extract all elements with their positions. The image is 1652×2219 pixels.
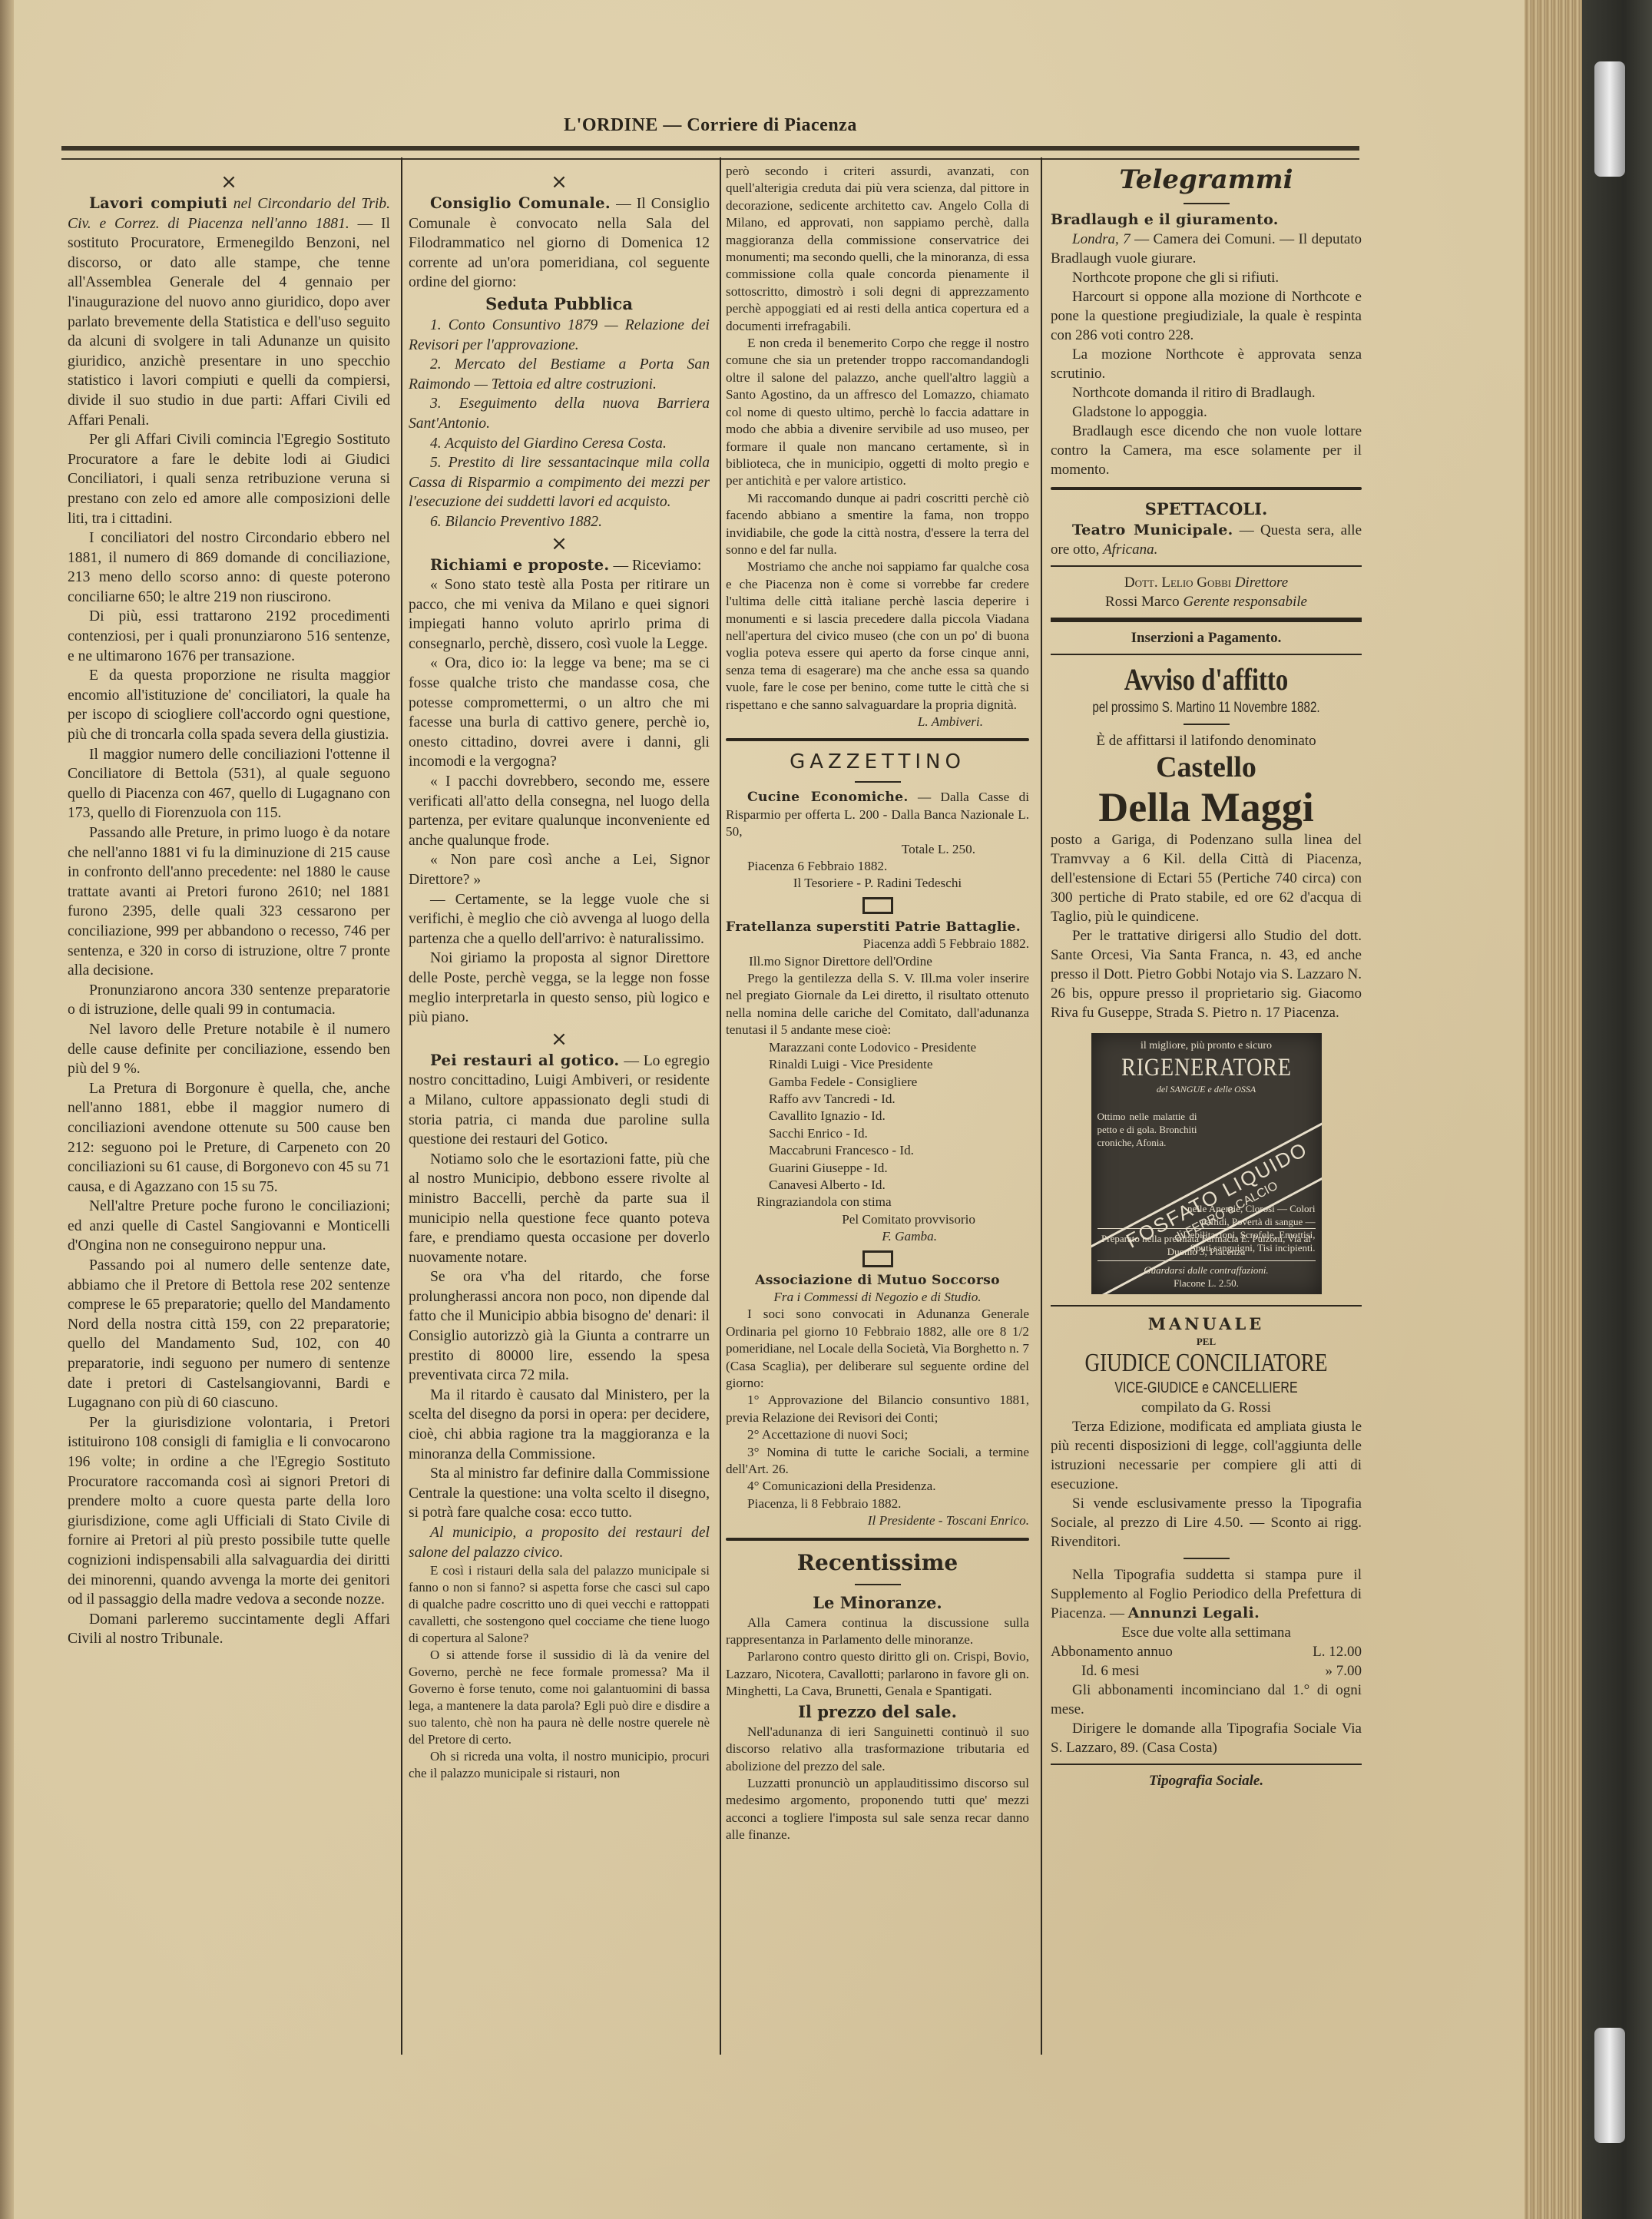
paragraph: Gli abbonamenti incominciano dal 1.° di … (1051, 1681, 1362, 1719)
agenda-item: 1. Conto Consuntivo 1879 — Relazione dei… (409, 316, 710, 355)
ad-subheading: pel prossimo S. Martino 11 Novembre 1882… (1082, 698, 1331, 717)
signature: F. Gamba. (726, 1228, 1029, 1245)
ornament-cross-icon: × (409, 1028, 710, 1051)
section-heading-spettacoli: SPETTACOLI. (1051, 498, 1362, 521)
paragraph: La Pretura di Borgonure è quella, che, a… (68, 1079, 390, 1197)
price-row: Abbonamento annuoL. 12.00 (1051, 1642, 1362, 1661)
committee-member: Marazzani conte Lodovico - Presidente (726, 1039, 1029, 1056)
paragraph: Parlarono contro questo diritto gli on. … (726, 1648, 1029, 1700)
paragraph: Oh si ricreda una volta, il nostro munic… (409, 1748, 710, 1782)
ad-castello: Castello (1051, 750, 1362, 784)
article-subtitle: Fra i Commessi di Negozio e di Studio. (726, 1289, 1029, 1306)
article-title: Consiglio Comunale. (430, 194, 611, 212)
ad-heading-manuale: MANUALE (1051, 1313, 1362, 1336)
paragraph: O si attende forse il sussidio di là da … (409, 1647, 710, 1748)
paragraph: « Non pare così anche a Lei, Signor Dire… (409, 850, 710, 889)
paragraph: « I pacchi dovrebbero, secondo me, esser… (409, 772, 710, 850)
ornament-cross-icon: × (409, 171, 710, 194)
seduta-heading: Seduta Pubblica (409, 293, 710, 316)
short-rule (855, 781, 901, 783)
paragraph: E così i ristauri della sala del palazzo… (409, 1562, 710, 1647)
paragraph: Per la giurisdizione volontaria, i Preto… (68, 1413, 390, 1610)
paragraph: Gladstone lo appoggia. (1051, 402, 1362, 422)
column-divider-1 (401, 157, 402, 2055)
short-rule (1184, 1558, 1230, 1559)
article-title-fratellanza: Fratellanza superstiti Patrie Battaglie. (726, 919, 1029, 936)
dateline: Piacenza addì 5 Febbraio 1882. (726, 936, 1029, 952)
agenda-item: 1° Approvazione del Bilancio consuntivo … (726, 1392, 1029, 1426)
paragraph: Noi giriamo la proposta al signor Dirett… (409, 949, 710, 1027)
article-title: Teatro Municipale. (1072, 522, 1233, 538)
box-ornament-icon (862, 1250, 893, 1267)
paragraph: Il maggior numero delle conciliazioni l'… (68, 745, 390, 823)
masthead: L'ORDINE — Corriere di Piacenza (61, 115, 1359, 136)
paragraph: I conciliatori del nostro Circondario eb… (68, 528, 390, 607)
article-cucine: Cucine Economiche. — Dalla Casse di Risp… (726, 789, 1029, 840)
paragraph: I soci sono convocati in Adunanza Genera… (726, 1306, 1029, 1392)
short-rule (1184, 203, 1230, 204)
signature: Il Presidente - Toscani Enrico. (726, 1512, 1029, 1529)
paragraph: Passando alle Preture, in primo luogo è … (68, 823, 390, 981)
paragraph: Sta al ministro far definire dalla Commi… (409, 1464, 710, 1523)
ornament-cross-icon: × (68, 171, 390, 194)
short-rule (855, 1584, 901, 1585)
ornament-cross-icon: × (409, 532, 710, 555)
box-ornament-icon (862, 897, 893, 914)
column-4: Telegrammi Bradlaugh e il giuramento. Lo… (1051, 163, 1362, 1790)
committee-member: Raffo avv Tancredi - Id. (726, 1091, 1029, 1108)
paragraph: La mozione Northcote è approvata senza s… (1051, 345, 1362, 383)
paragraph: Mi raccomando dunque ai padri coscritti … (726, 490, 1029, 559)
paragraph: E non creda il benemerito Corpo che regg… (726, 335, 1029, 490)
paragraph: Per le trattative dirigersi allo Studio … (1051, 926, 1362, 1022)
paragraph: Londra, 7 — Camera dei Comuni. — Il depu… (1051, 230, 1362, 268)
signature-line: Pel Comitato provvisorio (726, 1211, 1029, 1228)
agenda-item: 4° Comunicazioni della Presidenza. (726, 1478, 1029, 1495)
paragraph: Northcote domanda il ritiro di Bradlaugh… (1051, 383, 1362, 402)
paragraph: Per gli Affari Civili comincia l'Egregio… (68, 430, 390, 528)
ad-intro: È de affittarsi il latifondo denominato (1051, 731, 1362, 750)
short-rule (1184, 724, 1230, 725)
paragraph: Ma il ritardo è causato dal Ministero, p… (409, 1386, 710, 1464)
column-3: però secondo i criteri assurdi, avanzati… (726, 163, 1029, 1844)
ad-property-name: Della Maggi (1051, 784, 1362, 830)
paragraph: Notiamo solo che le esortazioni fatte, p… (409, 1150, 710, 1268)
paragraph: Terza Edizione, modificata ed ampliata g… (1051, 1417, 1362, 1494)
ad-title: GIUDICE CONCILIATORE (1082, 1348, 1331, 1379)
committee-member: Rinaldi Luigi - Vice Presidente (726, 1056, 1029, 1073)
rule (1051, 565, 1362, 567)
binding-clip-top (1594, 61, 1625, 177)
article-title-minoranze: Le Minoranze. (726, 1591, 1029, 1615)
rule (1051, 1764, 1362, 1765)
committee-member: Maccabruni Francesco - Id. (726, 1142, 1029, 1159)
agenda-item: 5. Prestito di lire sessantacinque mila … (409, 453, 710, 512)
editor-line: Dott. Lelio Gobbi Direttore (1051, 573, 1362, 592)
book-binding (1582, 0, 1652, 2219)
dateline: Piacenza, li 8 Febbraio 1882. (726, 1495, 1029, 1512)
total: Totale L. 250. (726, 841, 1029, 858)
column-divider-3 (1041, 157, 1042, 2055)
frequency: Esce due volte alla settimana (1051, 1623, 1362, 1642)
manager-line: Rossi Marco Gerente responsabile (1051, 592, 1362, 611)
column-2: × Consiglio Comunale. — Il Consiglio Com… (409, 171, 710, 1782)
article-consiglio-comunale: Consiglio Comunale. — Il Consiglio Comun… (409, 194, 710, 293)
thick-rule (1051, 618, 1362, 622)
paragraph: Nel lavoro delle Preture notabile è il n… (68, 1020, 390, 1079)
paragraph: Bradlaugh esce dicendo che non vuole lot… (1051, 422, 1362, 479)
section-heading-recentissime: Recentissime (726, 1548, 1029, 1578)
masthead-rule (61, 146, 1359, 160)
ad-heading-avviso: Avviso d'affitto (1078, 661, 1333, 698)
article-teatro: Teatro Municipale. — Questa sera, alle o… (1051, 521, 1362, 559)
agenda-item: 3° Nomina di tutte le cariche Sociali, a… (726, 1444, 1029, 1479)
paid-ads-heading: Inserzioni a Pagamento. (1051, 628, 1362, 647)
paragraph: Si vende esclusivamente presso la Tipogr… (1051, 1494, 1362, 1552)
signature: Il Tesoriere - P. Radini Tedeschi (726, 875, 1029, 892)
article-title: Pei restauri al gotico. (430, 1052, 620, 1069)
binding-clip-bottom (1594, 2028, 1625, 2143)
article-title: Richiami e proposte. (430, 556, 610, 574)
committee-member: Gamba Fedele - Consigliere (726, 1074, 1029, 1091)
agenda-item: 2. Mercato del Bestiame a Porta San Raim… (409, 355, 710, 394)
article-title: Lavori compiuti (89, 194, 227, 212)
column-divider-2 (720, 157, 721, 2055)
letter-heading: Al municipio, a proposito dei restauri d… (409, 1523, 710, 1562)
salutation: Ill.mo Signor Direttore dell'Ordine (726, 953, 1029, 970)
article-richiami: Richiami e proposte. — Riceviamo: (409, 555, 710, 576)
paragraph: Dirigere le domande alla Tipografia Soci… (1051, 1719, 1362, 1757)
agenda-item: 2° Accettazione di nuovi Soci; (726, 1426, 1029, 1443)
paragraph: Prego la gentilezza della S. V. Ill.ma v… (726, 970, 1029, 1039)
rule (1051, 1305, 1362, 1307)
paragraph: Alla Camera continua la discussione sull… (726, 1615, 1029, 1649)
paragraph: Luzzatti pronunciò un applauditissimo di… (726, 1775, 1029, 1844)
section-heading-telegrammi: Telegrammi (1051, 163, 1362, 197)
dateline: Piacenza 6 Febbraio 1882. (726, 858, 1029, 875)
agenda-item: 3. Eseguimento della nuova Barriera Sant… (409, 394, 710, 433)
section-rule (1051, 487, 1362, 490)
paragraph: Harcourt si oppone alla mozione di North… (1051, 287, 1362, 345)
paragraph: E da questa proporzione ne risulta maggi… (68, 666, 390, 744)
paragraph: « Ora, dico io: la legge va bene; ma se … (409, 654, 710, 772)
paragraph: Nell'adunanza di ieri Sanguinetti contin… (726, 1724, 1029, 1775)
paragraph: però secondo i criteri assurdi, avanzati… (726, 163, 1029, 335)
paragraph: Domani parleremo succintamente degli Aff… (68, 1610, 390, 1649)
paragraph: Nell'altre Preture poche furono le conci… (68, 1197, 390, 1256)
paragraph: Se ora v'ha del ritardo, che forse prolu… (409, 1267, 710, 1386)
paragraph: Mostriamo che anche noi sappiamo far qua… (726, 558, 1029, 714)
section-heading-gazzettino: GAZZETTINO (726, 749, 1029, 775)
page-left-edge (0, 0, 14, 2219)
article-title-sale: Il prezzo del sale. (726, 1701, 1029, 1724)
ad-title: RIGENERATORE (1108, 1052, 1304, 1083)
committee-member: Canavesi Alberto - Id. (726, 1177, 1029, 1194)
paragraph: Di più, essi trattarono 2192 procediment… (68, 607, 390, 666)
section-rule (726, 738, 1029, 741)
rule (1051, 654, 1362, 655)
article-title-mutuo: Associazione di Mutuo Soccorso (726, 1272, 1029, 1289)
article-title-bradlaugh: Bradlaugh e il giuramento. (1051, 210, 1362, 230)
signature: L. Ambiveri. (726, 714, 1029, 730)
paragraph: — Certamente, se la legge vuole che si v… (409, 890, 710, 949)
paragraph: « Sono stato testè alla Posta per ritira… (409, 575, 710, 654)
article-title: Cucine Economiche. (747, 790, 909, 805)
committee-member: Cavallito Ignazio - Id. (726, 1108, 1029, 1124)
price-row: Id. 6 mesi» 7.00 (1051, 1661, 1362, 1681)
section-rule (726, 1538, 1029, 1541)
paragraph: Pronunziarono ancora 330 sentenze prepar… (68, 981, 390, 1020)
paragraph: Northcote propone che gli si rifiuti. (1051, 268, 1362, 287)
closing: Ringraziandola con stima (726, 1194, 1029, 1211)
advertisement-rigeneratore: il migliore, più pronto e sicuro RIGENER… (1091, 1033, 1322, 1294)
paragraph: Nella Tipografia suddetta si stampa pure… (1051, 1565, 1362, 1623)
committee-member: Guarini Giuseppe - Id. (726, 1160, 1029, 1177)
printer-imprint: Tipografia Sociale. (1051, 1771, 1362, 1790)
column-1: × Lavori compiuti nel Circondario del Tr… (68, 171, 390, 1649)
dateline: Londra, 7 (1072, 231, 1131, 247)
agenda-item: 4. Acquisto del Giardino Ceresa Costa. (409, 434, 710, 454)
committee-member: Sacchi Enrico - Id. (726, 1125, 1029, 1142)
article-restauri: Pei restauri al gotico. — Lo egregio nos… (409, 1051, 710, 1150)
paragraph: Passando poi al numero delle sentenze da… (68, 1256, 390, 1413)
article-lavori-compiuti: Lavori compiuti nel Circondario del Trib… (68, 194, 390, 430)
agenda-item: 6. Bilancio Preventivo 1882. (409, 512, 710, 532)
paragraph: posto a Gariga, di Podenzano sulla linea… (1051, 830, 1362, 926)
